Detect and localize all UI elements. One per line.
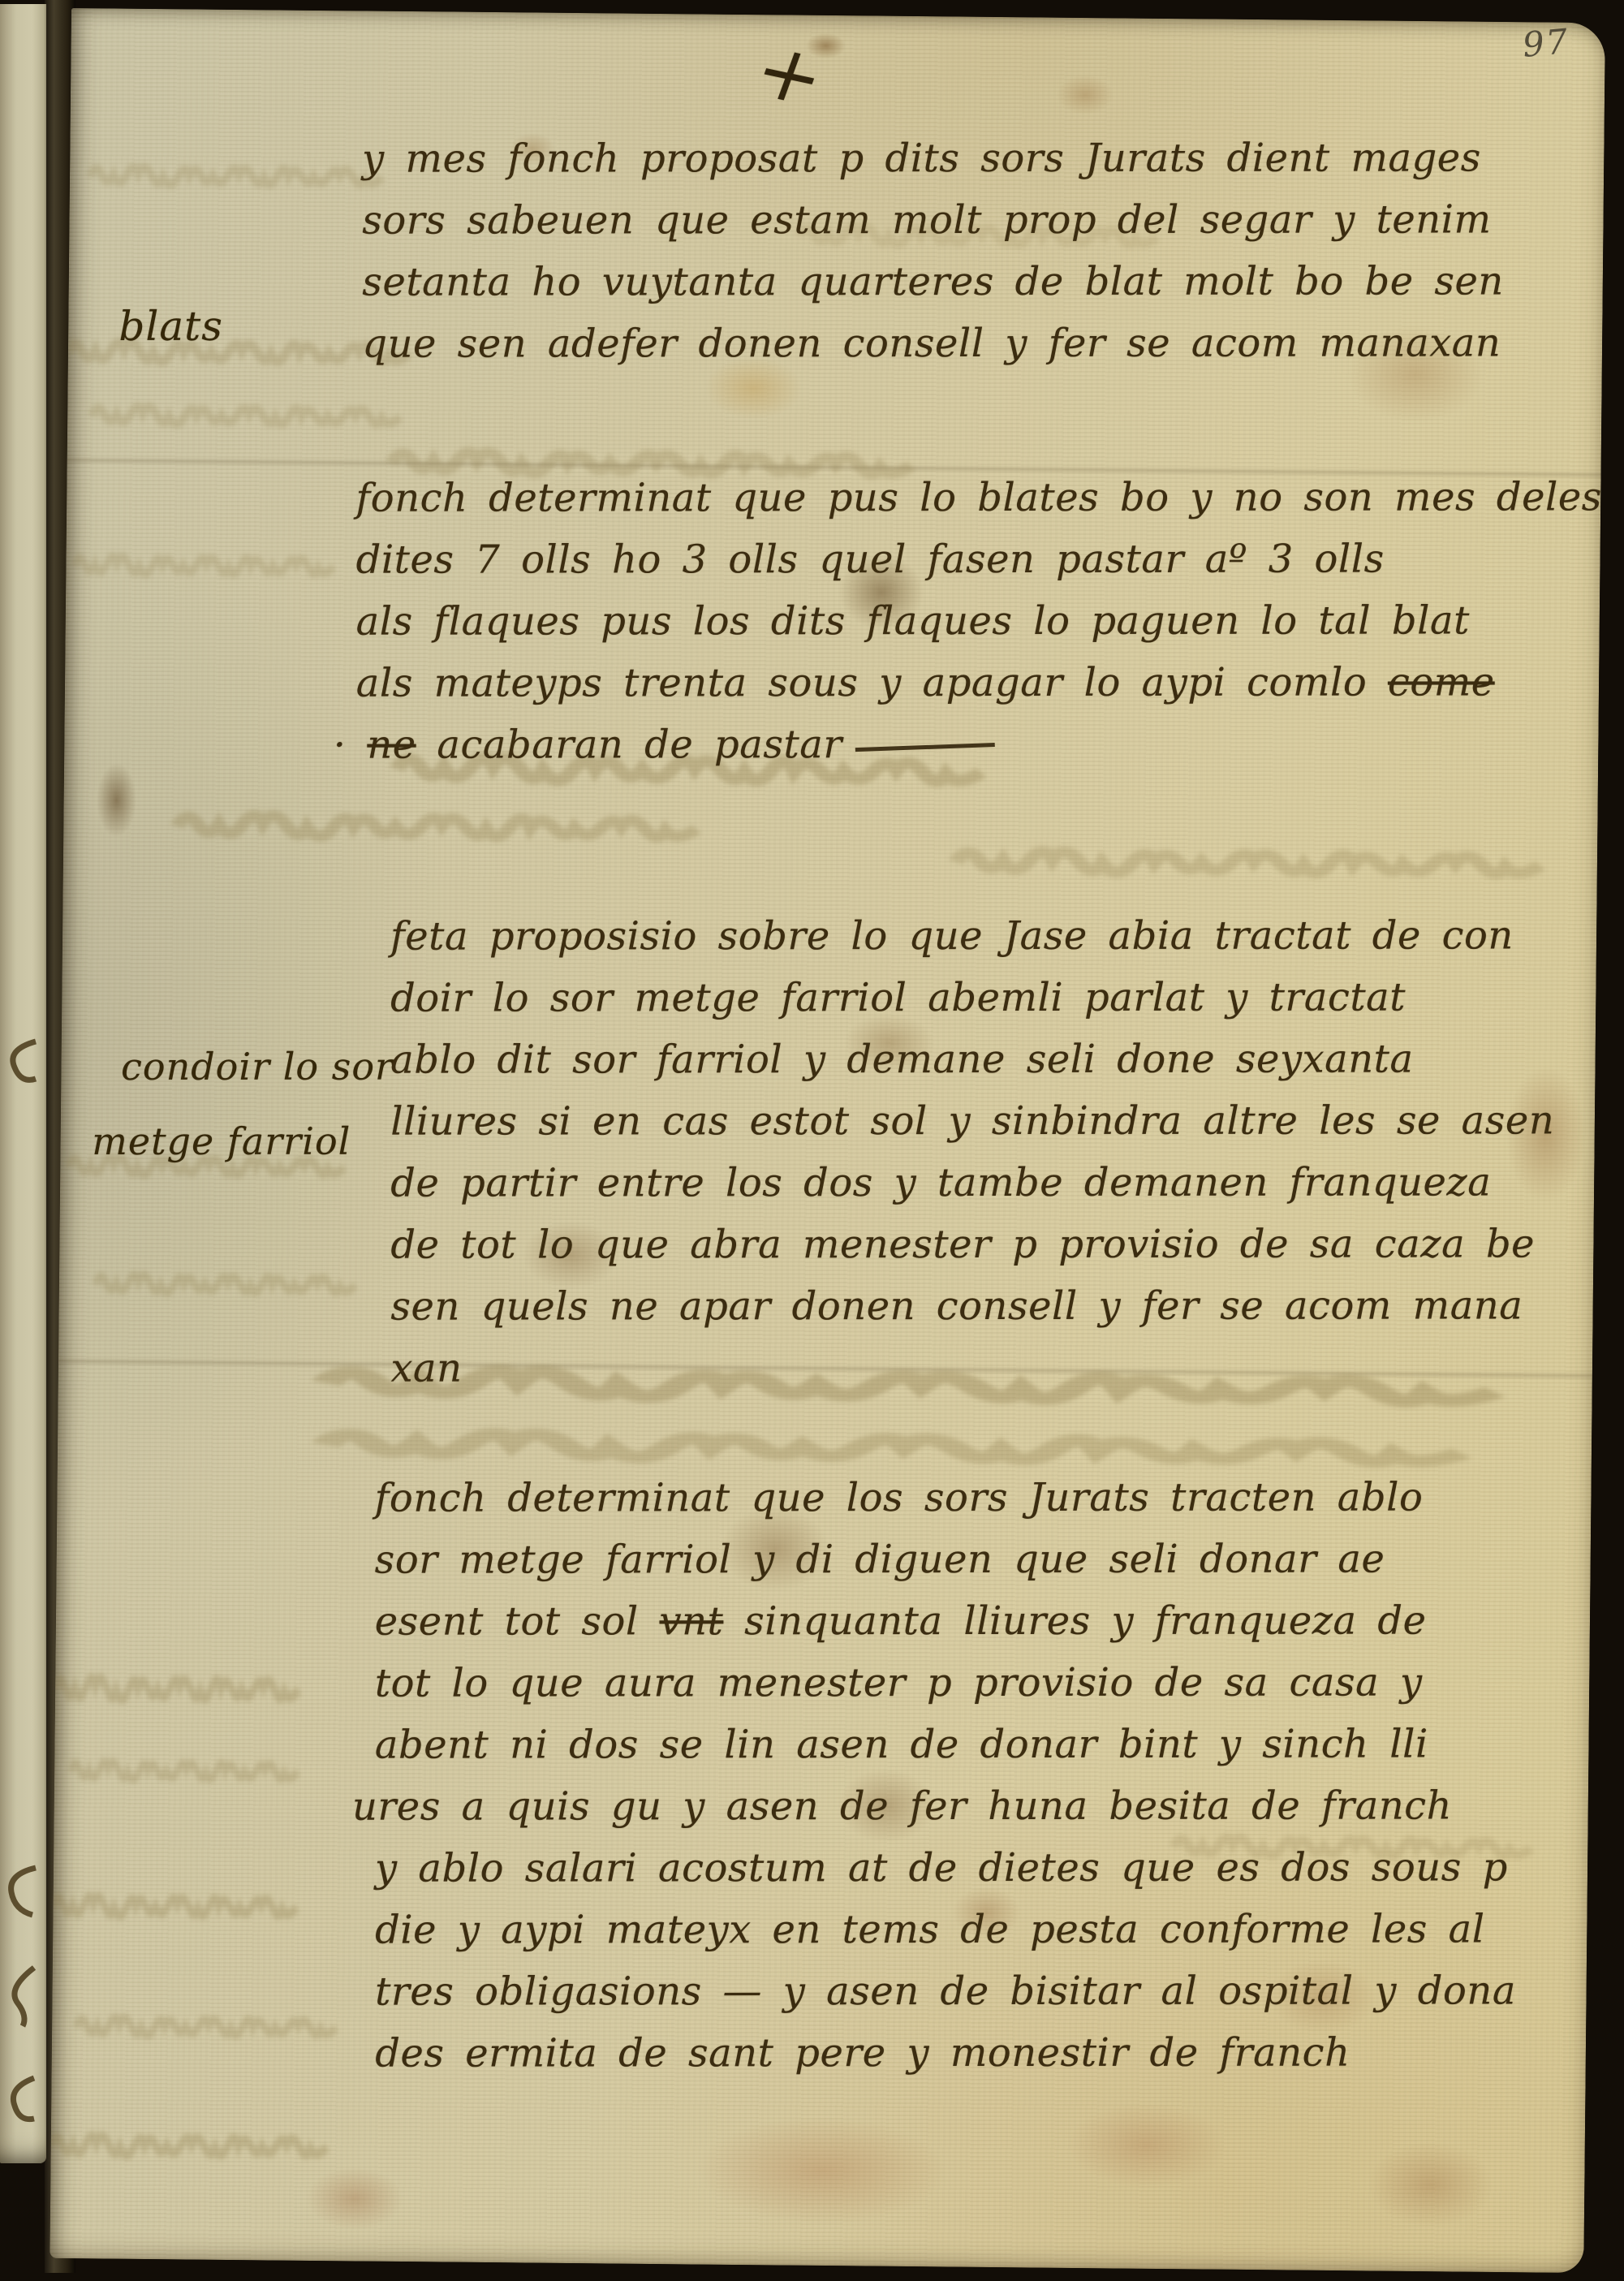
line-text: als mateyps trenta sous y apagar lo aypi…: [356, 660, 1388, 706]
line-text: ·: [334, 722, 368, 768]
struck-word: come: [1388, 659, 1495, 705]
manuscript-line: die y aypi mateyx en tems de pesta confo…: [375, 1898, 1516, 1960]
manuscript-line: dites 7 olls ho 3 olls quel fasen pastar…: [356, 528, 1602, 590]
manuscript-line: tot lo que aura menester p provisio de s…: [375, 1651, 1516, 1714]
manuscript-line: lliures si en cas estot sol y sinbindra …: [390, 1089, 1554, 1152]
paragraph-proposal-metge: feta proposisio sobre lo que Jase abia t…: [390, 904, 1555, 1399]
ink-fragment: [2, 2070, 37, 2132]
manuscript-line: y ablo salari acostum at de dietes que e…: [375, 1836, 1516, 1899]
manuscript-line: tres obligasions — y asen de bisitar al …: [375, 1960, 1516, 2022]
line-text: acabaran de pastar: [416, 722, 842, 767]
manuscript-line: als mateyps trenta sous y apagar lo aypi…: [356, 651, 1602, 714]
line-text: esent tot sol: [375, 1598, 660, 1644]
manuscript-line: de tot lo que abra menester p provisio d…: [390, 1213, 1554, 1275]
manuscript-line: abent ni dos se lin asen de donar bint y…: [375, 1713, 1516, 1775]
manuscript-line: xan: [390, 1336, 1554, 1399]
manuscript-line: ablo dit sor farriol y demane seli done …: [390, 1028, 1554, 1090]
line-text: sinquanta lliures y franqueza de: [723, 1598, 1426, 1645]
manuscript-line: y mes fonch proposat p dits sors Jurats …: [362, 127, 1504, 189]
ink-layer: + 97 blats y mes fonch proposat p dits s…: [71, 8, 1605, 2258]
struck-word: ne: [367, 722, 416, 768]
manuscript-line: de partir entre los dos y tambe demanen …: [390, 1151, 1554, 1214]
manuscript-line: esent tot sol vnt sinquanta lliures y fr…: [375, 1589, 1516, 1652]
paragraph-determination-blats: fonch determinat que pus lo blates bo y …: [355, 466, 1602, 775]
margin-note-condoir: condoir lo sor metge farriol: [92, 1029, 394, 1179]
manuscript-line: setanta ho vuytanta quarteres de blat mo…: [362, 250, 1504, 313]
manuscript-line: ures a quis gu y asen de fer huna besita…: [352, 1774, 1516, 1837]
manuscript-line: sor metge farriol y di diguen que seli d…: [375, 1528, 1516, 1590]
flourish-underline: [855, 743, 995, 752]
ink-fragment: [2, 1035, 39, 1093]
manuscript-photo: + 97 blats y mes fonch proposat p dits s…: [0, 0, 1624, 2281]
struck-word: vnt: [659, 1598, 723, 1644]
manuscript-line: sors sabeuen que estam molt prop del seg…: [362, 188, 1504, 251]
folio-number: 97: [1521, 21, 1571, 65]
manuscript-line: · ne acabaran de pastar: [334, 713, 1602, 775]
paragraph-determination-metge: fonch determinat que los sors Jurats tra…: [375, 1466, 1516, 2084]
manuscript-line: doir lo sor metge farriol abemli parlat …: [390, 966, 1554, 1028]
previous-page-edge: [0, 4, 46, 2163]
ink-fragment: [3, 1964, 37, 2029]
margin-note-blats: blats: [118, 289, 223, 364]
manuscript-line: fonch determinat que los sors Jurats tra…: [375, 1466, 1516, 1529]
manuscript-line: als flaques pus los dits flaques lo pagu…: [356, 589, 1602, 652]
manuscript-line: feta proposisio sobre lo que Jase abia t…: [390, 904, 1554, 967]
ink-fragment: [0, 1863, 37, 1921]
margin-note-line: condoir lo sor: [92, 1029, 394, 1104]
invocation-cross-icon: +: [743, 24, 838, 124]
margin-note-line: metge farriol: [92, 1104, 394, 1179]
manuscript-line: sen quels ne apar donen consell y fer se…: [390, 1274, 1554, 1337]
manuscript-line: que sen adefer donen consell y fer se ac…: [362, 312, 1504, 374]
paragraph-blats: y mes fonch proposat p dits sors Jurats …: [362, 127, 1504, 374]
manuscript-line: des ermita de sant pere y monestir de fr…: [375, 2021, 1516, 2084]
manuscript-line: fonch determinat que pus lo blates bo y …: [355, 466, 1601, 528]
manuscript-page: + 97 blats y mes fonch proposat p dits s…: [50, 8, 1605, 2273]
